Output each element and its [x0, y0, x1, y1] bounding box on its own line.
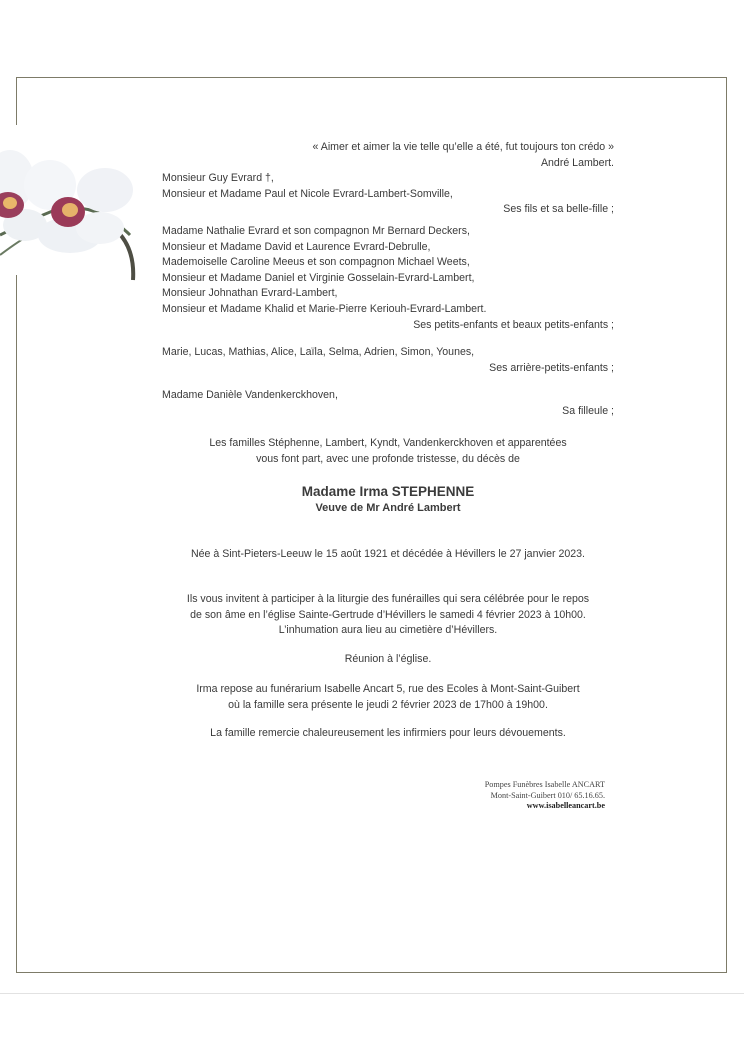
- visitation-line: Irma repose au funérarium Isabelle Ancar…: [162, 682, 614, 698]
- funeral-home-footer: Pompes Funèbres Isabelle ANCART Mont-Sai…: [440, 780, 605, 812]
- visitation-info: Irma repose au funérarium Isabelle Ancar…: [162, 682, 614, 713]
- family-member: Mademoiselle Caroline Meeus et son compa…: [162, 255, 614, 271]
- birth-death-text: Née à Sint-Pieters-Leeuw le 15 août 1921…: [162, 547, 614, 563]
- reunion-text: Réunion à l’église.: [162, 652, 614, 668]
- family-group-children: Monsieur Guy Evrard †, Monsieur et Madam…: [162, 171, 614, 218]
- family-group-great-grandchildren: Marie, Lucas, Mathias, Alice, Laïla, Sel…: [162, 345, 614, 376]
- family-member: Marie, Lucas, Mathias, Alice, Laïla, Sel…: [162, 345, 614, 361]
- family-member: Monsieur et Madame David et Laurence Evr…: [162, 240, 614, 256]
- family-relation: Ses fils et sa belle-fille ;: [162, 202, 614, 218]
- family-group-goddaughter: Madame Danièle Vandenkerckhoven, Sa fill…: [162, 388, 614, 419]
- family-relation: Sa filleule ;: [162, 404, 614, 420]
- deceased-name: Madame Irma STEPHENNE: [162, 483, 614, 501]
- funeral-line: de son âme en l’église Sainte-Gertrude d…: [162, 608, 614, 624]
- family-relation: Ses arrière-petits-enfants ;: [162, 361, 614, 377]
- orchid-flower-icon: [0, 140, 170, 290]
- thanks-text: La famille remercie chaleureusement les …: [162, 726, 614, 742]
- family-list: « Aimer et aimer la vie telle qu’elle a …: [162, 140, 614, 420]
- birth-death-info: Née à Sint-Pieters-Leeuw le 15 août 1921…: [162, 547, 614, 563]
- quote-text: « Aimer et aimer la vie telle qu’elle a …: [162, 140, 614, 156]
- funeral-info: Ils vous invitent à participer à la litu…: [162, 592, 614, 639]
- deceased-block: Madame Irma STEPHENNE Veuve de Mr André …: [162, 483, 614, 516]
- funeral-home-name: Pompes Funèbres Isabelle ANCART: [440, 780, 605, 791]
- family-member: Monsieur Johnathan Evrard-Lambert,: [162, 286, 614, 302]
- family-member: Madame Nathalie Evrard et son compagnon …: [162, 224, 614, 240]
- visitation-line: où la famille sera présente le jeudi 2 f…: [162, 698, 614, 714]
- page-edge-divider: [0, 993, 744, 994]
- funeral-home-website[interactable]: www.isabelleancart.be: [440, 801, 605, 812]
- reunion-info: Réunion à l’église.: [162, 652, 614, 668]
- thanks-info: La famille remercie chaleureusement les …: [162, 726, 614, 742]
- family-member: Monsieur et Madame Paul et Nicole Evrard…: [162, 187, 614, 203]
- quote-author: André Lambert.: [162, 156, 614, 172]
- funeral-home-phone: Mont-Saint-Guibert 010/ 65.16.65.: [440, 791, 605, 802]
- family-group-grandchildren: Madame Nathalie Evrard et son compagnon …: [162, 224, 614, 333]
- announcement-line: vous font part, avec une profonde triste…: [162, 452, 614, 468]
- family-member: Madame Danièle Vandenkerckhoven,: [162, 388, 614, 404]
- family-member: Monsieur et Madame Daniel et Virginie Go…: [162, 271, 614, 287]
- announcement-intro: Les familles Stéphenne, Lambert, Kyndt, …: [162, 436, 614, 467]
- announcement-line: Les familles Stéphenne, Lambert, Kyndt, …: [162, 436, 614, 452]
- family-relation: Ses petits-enfants et beaux petits-enfan…: [162, 318, 614, 334]
- family-member: Monsieur et Madame Khalid et Marie-Pierr…: [162, 302, 614, 318]
- funeral-line: L’inhumation aura lieu au cimetière d’Hé…: [162, 623, 614, 639]
- deceased-subtitle: Veuve de Mr André Lambert: [162, 501, 614, 516]
- family-member: Monsieur Guy Evrard †,: [162, 171, 614, 187]
- funeral-line: Ils vous invitent à participer à la litu…: [162, 592, 614, 608]
